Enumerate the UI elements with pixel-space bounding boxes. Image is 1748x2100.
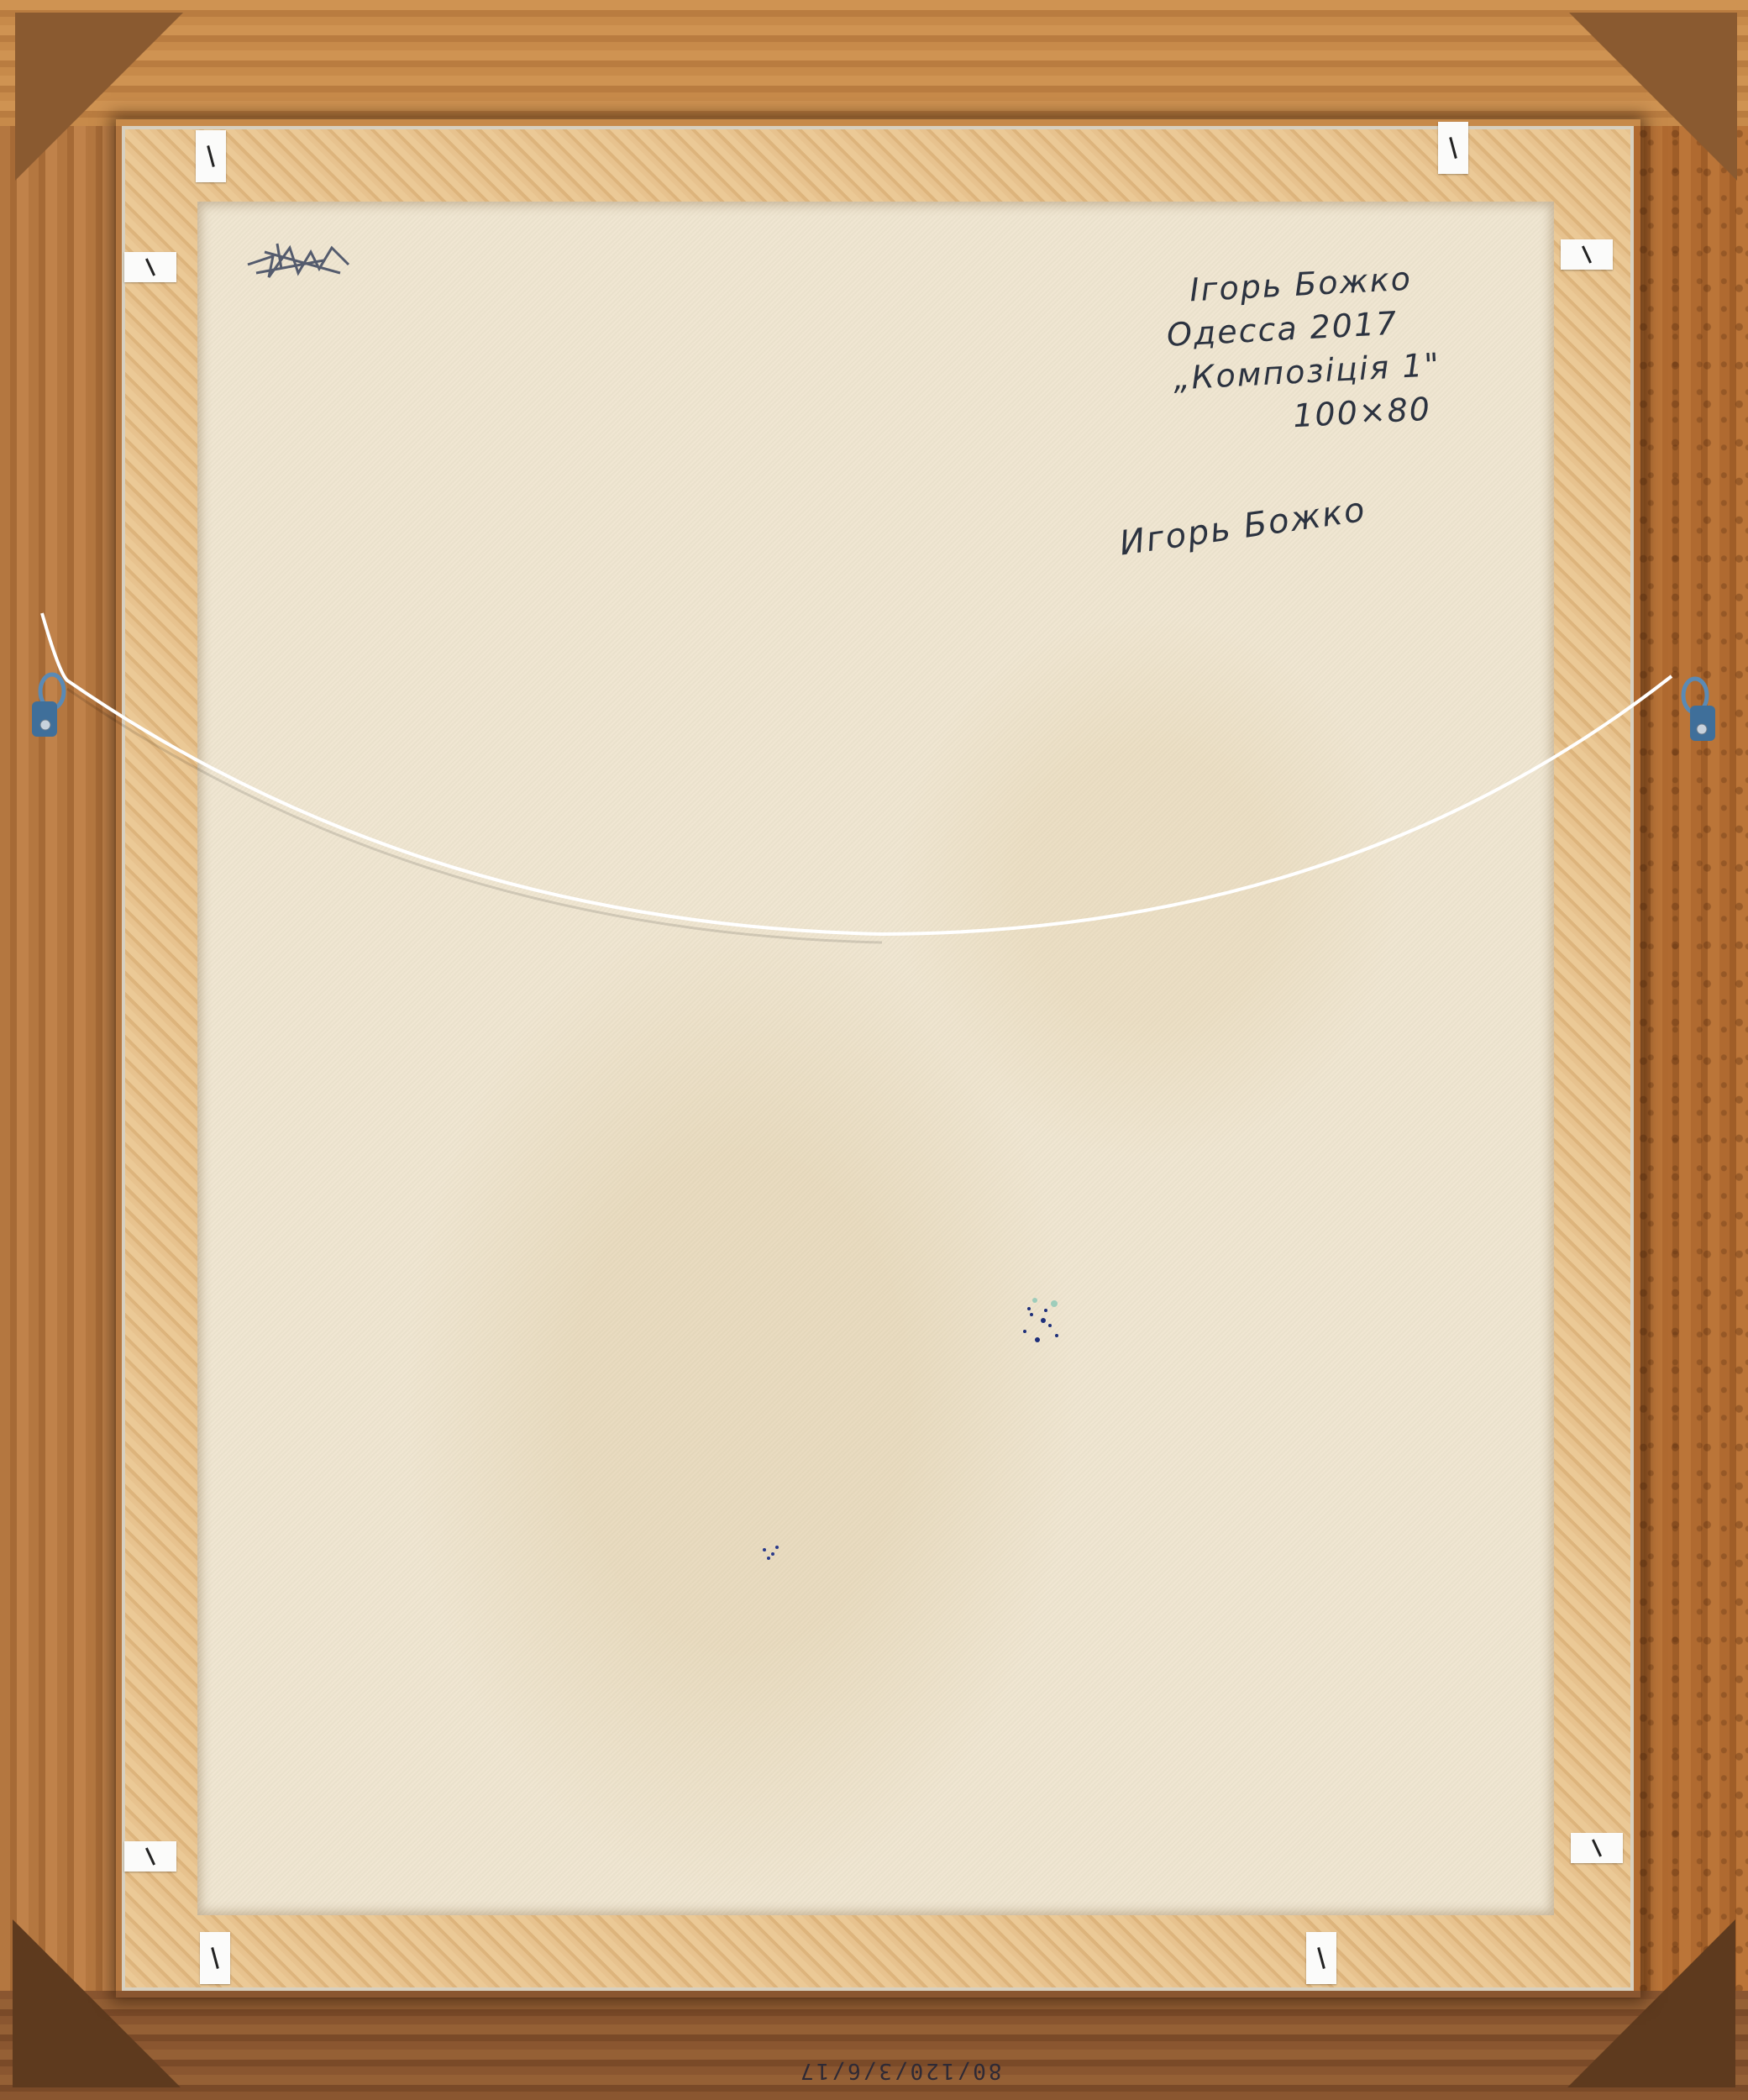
frame-left-rail <box>0 126 122 1991</box>
hanger-hook-left <box>25 668 76 743</box>
frame-top-rail <box>0 0 1748 126</box>
canvas-back <box>197 202 1554 1915</box>
tape-label <box>1561 239 1613 270</box>
paint-speckles <box>966 1260 1134 1428</box>
paint-speckles <box>739 1529 806 1579</box>
tape-label <box>196 130 226 182</box>
frame-right-rail <box>1634 126 1748 1991</box>
frame-marking: 80/120/3/6/17 <box>798 2058 1002 2083</box>
inscription-block: Ігорь Божко Одесса 2017 „Композіція 1" 1… <box>1180 255 1444 444</box>
tape-label <box>200 1932 230 1984</box>
tape-label <box>124 252 176 282</box>
frame-bottom-rail <box>0 1991 1748 2100</box>
tape-label <box>1571 1833 1623 1863</box>
hanger-hook-right <box>1672 672 1722 748</box>
inscription-dimensions: 100×80 <box>1292 386 1444 438</box>
scribble-mark <box>239 231 357 290</box>
tape-label <box>1438 122 1468 174</box>
tape-label <box>124 1841 176 1872</box>
tape-label <box>1306 1932 1336 1984</box>
